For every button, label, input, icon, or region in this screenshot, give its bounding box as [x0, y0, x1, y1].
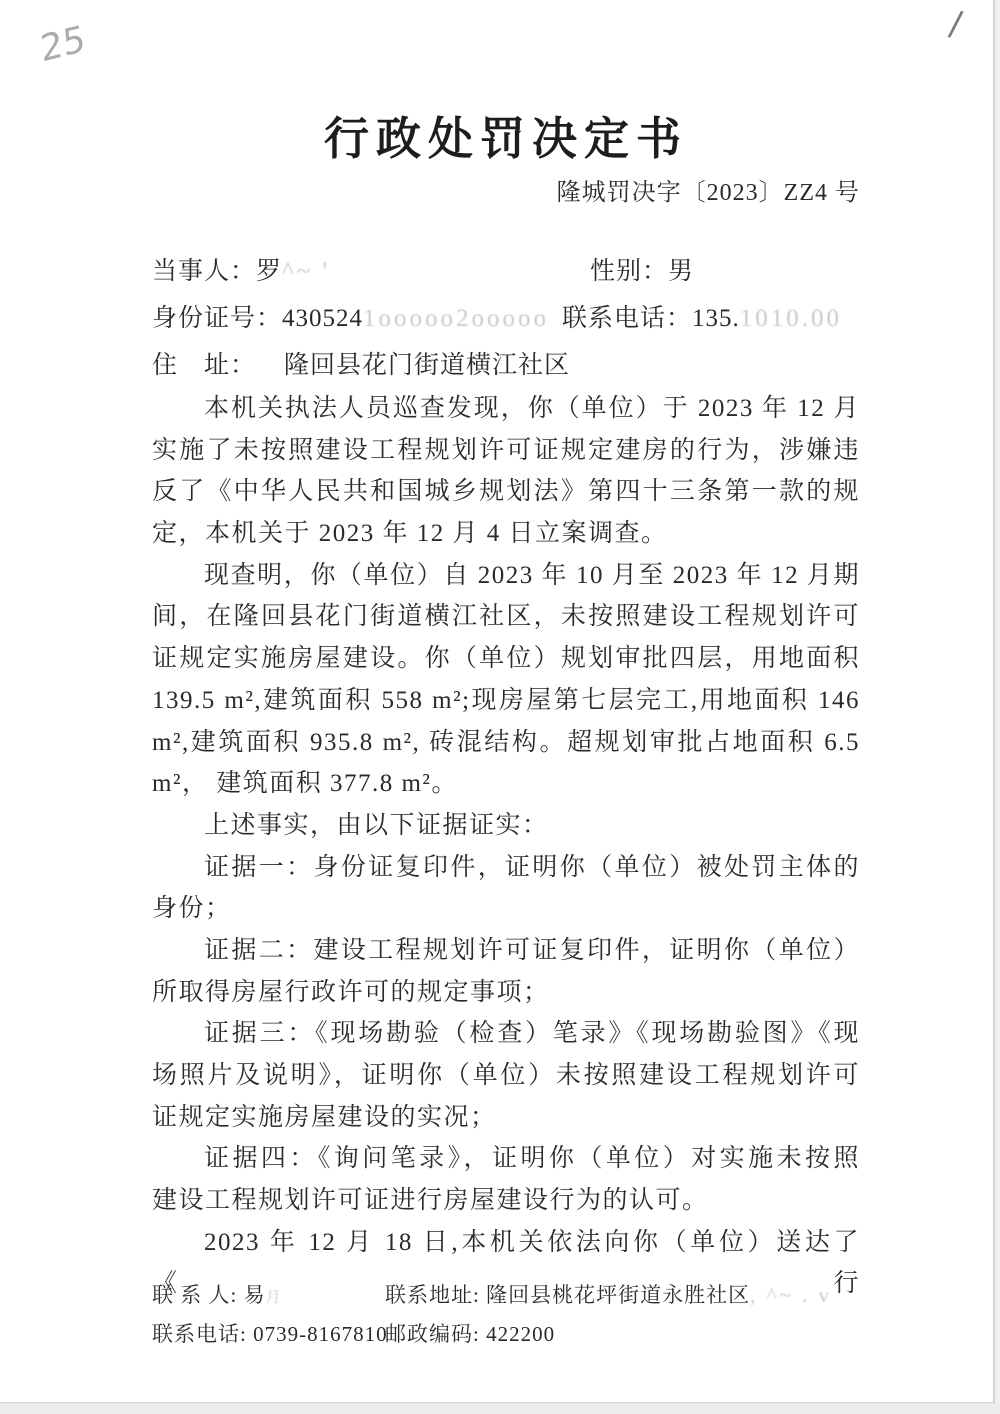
contact-person-label: 联 系 人:	[152, 1283, 237, 1307]
body-line: 实施了未按照建设工程规划许可证规定建房的行为，涉嫌违	[152, 430, 860, 472]
party-address-row: 住 址：隆回县花门街道横江社区	[152, 342, 892, 389]
phone-redacted: 1010.00	[740, 305, 842, 332]
scanned-document-page: 25 / 行政处罚决定书 隆城罚决字〔2023〕ZZ4 号 当事人：罗^~ ' …	[0, 0, 1000, 1414]
contact-phone-value: 0739-8167810	[253, 1322, 388, 1346]
id-label: 身份证号：	[152, 305, 282, 332]
contact-address-redacted: , ^~ . v	[750, 1283, 832, 1307]
body-line: 场照片及说明》，证明你（单位）未按照建设工程规划许可	[152, 1055, 860, 1097]
contact-person-value: 易	[244, 1283, 266, 1307]
postal-code-label: 邮政编码:	[385, 1322, 480, 1346]
scan-edge-band	[995, 0, 1000, 1414]
body-line: 现查明，你（单位）自 2023 年 10 月至 2023 年 12 月期	[152, 555, 860, 597]
footer-row-1: 联 系 人: 易月 联系地址: 隆回县桃花坪街道永胜社区, ^~ . v	[152, 1276, 892, 1315]
contact-phone-label: 联系电话:	[152, 1322, 247, 1346]
party-name-redacted: ^~ '	[282, 258, 330, 285]
party-id-row: 身份证号：4305241ooooo2ooooo 联系电话：135.1010.00	[152, 295, 892, 342]
body-line: 证据四：《询问笔录》，证明你（单位）对实施未按照	[152, 1138, 860, 1180]
party-name-row: 当事人：罗^~ ' 性别：男	[152, 248, 892, 295]
footer-row-2: 联系电话: 0739-8167810 邮政编码: 422200	[152, 1315, 892, 1354]
body-line: 139.5 m²,建筑面积 558 m²;现房屋第七层完工,用地面积 146	[152, 680, 860, 722]
contact-address-label: 联系地址:	[385, 1283, 480, 1307]
address-label: 住 址：	[152, 352, 256, 379]
handwritten-page-number: 25	[39, 18, 88, 70]
document-number: 隆城罚决字〔2023〕ZZ4 号	[152, 172, 860, 207]
body-line: 上述事实，由以下证据证实：	[152, 805, 860, 847]
body-line: 证规定实施房屋建设。你（单位）规划审批四层，用地面积	[152, 638, 860, 680]
phone-label: 联系电话：	[562, 305, 692, 332]
body-line: 证据三：《现场勘验（检查）笔录》《现场勘验图》《现	[152, 1013, 860, 1055]
address-value: 隆回县花门街道横江社区	[284, 352, 570, 379]
scan-edge-line-vertical	[993, 0, 995, 1414]
scan-bottom-band	[0, 1403, 1000, 1414]
body-line: 2023 年 12 月 18 日,本机关依法向你（单位）送达了《行	[152, 1222, 860, 1264]
body-line: 间，在隆回县花门街道横江社区，未按照建设工程规划许可	[152, 596, 860, 638]
body-line: 证据二：建设工程规划许可证复印件，证明你（单位）	[152, 930, 860, 972]
id-redacted: 1ooooo2ooooo	[363, 305, 549, 332]
contact-person-redacted: 月	[266, 1290, 284, 1306]
handwritten-corner-tick: /	[947, 3, 965, 44]
body-line: 本机关执法人员巡查发现，你（单位）于 2023 年 12 月	[152, 388, 860, 430]
gender-field: 性别：男	[590, 248, 694, 295]
document-body: 本机关执法人员巡查发现，你（单位）于 2023 年 12 月实施了未按照建设工程…	[152, 388, 860, 1263]
gender-label: 性别：	[590, 258, 668, 285]
footer-contact-block: 联 系 人: 易月 联系地址: 隆回县桃花坪街道永胜社区, ^~ . v 联系电…	[152, 1276, 892, 1354]
gender-value: 男	[668, 258, 694, 285]
postal-code-value: 422200	[486, 1322, 555, 1346]
phone-value: 135.	[692, 305, 740, 332]
body-line: 证据一：身份证复印件，证明你（单位）被处罚主体的	[152, 847, 860, 889]
postal-code-field: 邮政编码: 422200	[385, 1315, 555, 1354]
id-value: 430524	[282, 305, 363, 332]
phone-field: 联系电话：135.1010.00	[562, 295, 842, 342]
body-line: m²,建筑面积 935.8 m², 砖混结构。超规划审批占地面积 6.5	[152, 722, 860, 764]
document-title: 行政处罚决定书	[152, 102, 860, 167]
party-info-block: 当事人：罗^~ ' 性别：男 身份证号：4305241ooooo2ooooo 联…	[152, 248, 892, 389]
contact-address-value: 隆回县桃花坪街道永胜社区	[486, 1283, 750, 1307]
body-line: 建设工程规划许可证进行房屋建设行为的认可。	[152, 1180, 860, 1222]
body-line: 反了《中华人民共和国城乡规划法》第四十三条第一款的规	[152, 471, 860, 513]
party-name-label: 当事人：	[152, 258, 256, 285]
body-line: m²， 建筑面积 377.8 m²。	[152, 763, 860, 805]
body-line: 证规定实施房屋建设的实况；	[152, 1097, 860, 1139]
contact-address-field: 联系地址: 隆回县桃花坪街道永胜社区, ^~ . v	[385, 1276, 832, 1315]
body-line: 所取得房屋行政许可的规定事项；	[152, 972, 860, 1014]
party-name-value: 罗	[256, 258, 282, 285]
body-line: 身份；	[152, 888, 860, 930]
body-line: 定，本机关于 2023 年 12 月 4 日立案调查。	[152, 513, 860, 555]
